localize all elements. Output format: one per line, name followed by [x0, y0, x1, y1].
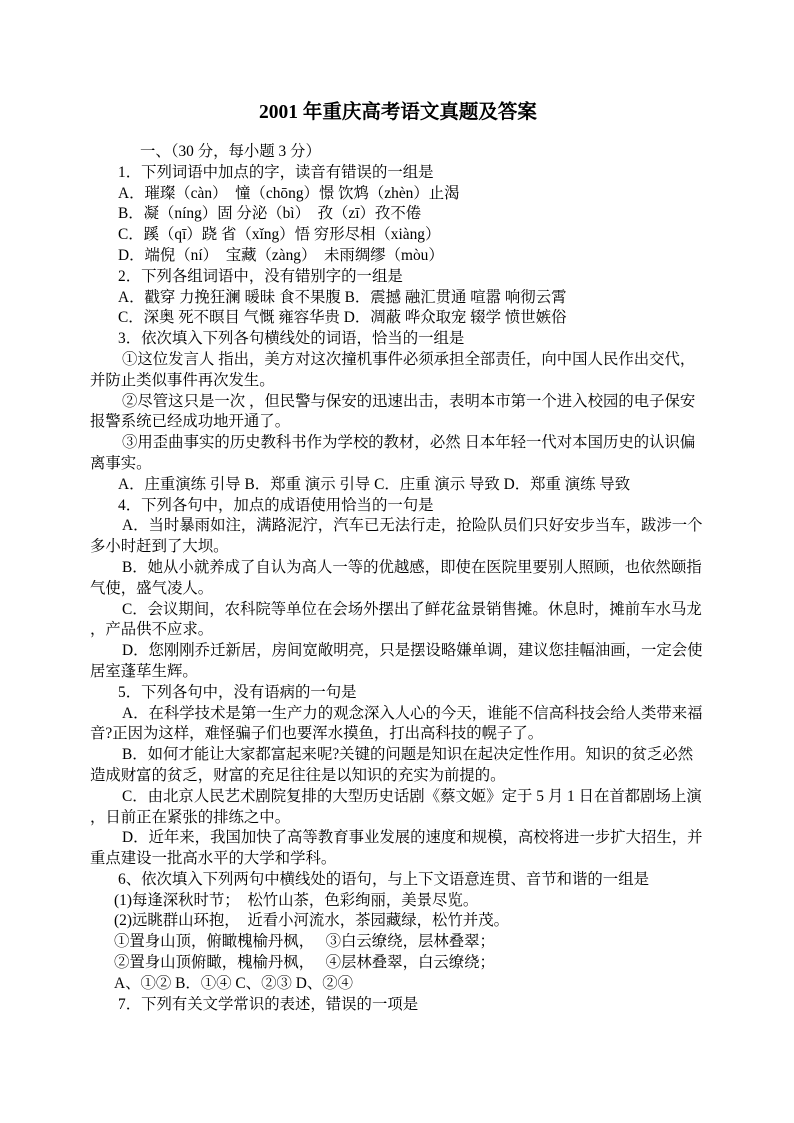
q3-options: A．庄重演练 引导 B．郑重 演示 引导 C．庄重 演示 导致 D．郑重 演练 … — [90, 475, 734, 496]
q4-option-d: D．您刚刚乔迁新居，房间宽敞明亮，只是摆设略嫌单调，建议您挂幅油画，一定会使居室… — [90, 641, 706, 683]
q5-option-d: D．近年来，我国加快了高等教育事业发展的速度和规模，高校将进一步扩大招生，并重点… — [90, 828, 706, 870]
document-page: { "page": { "background_color": "#ffffff… — [0, 0, 794, 1123]
q2-options-ab: A．戳穿 力挽狂澜 暖昧 食不果腹 B．震撼 融汇贯通 喧嚣 响彻云霄 — [90, 288, 734, 309]
exam-document: 2001 年重庆高考语文真题及答案 一、（30 分，每小题 3 分） 1．下列词… — [0, 0, 794, 1123]
q2-options-cd: C．深奥 死不暝目 气慨 雍容华贵 D．凋蔽 哗众取宠 辍学 愤世嫉俗 — [90, 308, 734, 329]
q3-sentence-3: ③用歪曲事实的历史教科书作为学校的教材，必然 日本年轻一代对本国历史的认识偏离事… — [90, 433, 706, 475]
q1-option-c: C．蹊（qī）跷 省（xǐng）悟 穷形尽相（xiàng） — [90, 225, 734, 246]
q3-sentence-2: ②尽管这只是一次 ，但民警与保安的迅速出击，表明本市第一个进入校园的电子保安报警… — [90, 392, 706, 434]
q1-option-a: A．璀璨（càn） 憧（chōng）憬 饮鸩（zhèn）止渴 — [90, 184, 734, 205]
q4-option-b: B．她从小就养成了自认为高人一等的优越感，即使在医院里要别人照顾，也依然颐指气使… — [90, 558, 706, 600]
q6-sentence-2: (2)远眺群山环抱， 近看小河流水，茶园藏绿，松竹并茂。 — [90, 911, 730, 932]
q4-option-a: A．当时暴雨如注，满路泥泞，汽车已无法行走，抢险队员们只好安步当车，跋涉一个多小… — [90, 516, 706, 558]
q5-option-a: A．在科学技术是第一生产力的观念深入人心的今天，谁能不信高科技会给人类带来福音?… — [90, 704, 706, 746]
q4-option-c: C．会议期间，农科院等单位在会场外摆出了鲜花盆景销售摊。休息时，摊前车水马龙，产… — [90, 600, 706, 642]
q1-option-d: D．端倪（ní） 宝藏（zàng） 未雨绸缪（mòu） — [90, 246, 734, 267]
q5-option-c: C．由北京人民艺术剧院复排的大型历史话剧《蔡文姬》定于 5 月 1 日在首都剧场… — [90, 787, 706, 829]
q2-stem: 2．下列各组词语中，没有错别字的一组是 — [90, 267, 734, 288]
q4-stem: 4．下列各句中，加点的成语使用恰当的一句是 — [90, 496, 734, 517]
q5-stem: 5．下列各句中，没有语病的一句是 — [90, 683, 734, 704]
q1-option-b: B．凝（níng）固 分泌（bì） 孜（zī）孜不倦 — [90, 204, 734, 225]
section-one-heading: 一、（30 分，每小题 3 分） — [90, 142, 756, 163]
q6-stem: 6、依次填入下列两句中横线处的语句，与上下文语意连贯、音节和谐的一组是 — [90, 870, 734, 891]
q1-stem: 1．下列词语中加点的字，读音有错误的一组是 — [90, 163, 734, 184]
q6-choices-2-4: ②置身山顶俯瞰，槐榆丹枫， ④层林叠翠，白云缭绕； — [90, 953, 730, 974]
q3-stem: 3．依次填入下列各句横线处的词语，恰当的一组是 — [90, 329, 734, 350]
exam-title: 2001 年重庆高考语文真题及答案 — [90, 101, 706, 125]
q7-stem: 7．下列有关文学常识的表述，错误的一项是 — [90, 995, 734, 1016]
q6-sentence-1: (1)每逢深秋时节； 松竹山茶，色彩绚丽，美景尽览。 — [90, 891, 730, 912]
q6-options: A、①② B．①④ C、②③ D、②④ — [90, 974, 730, 995]
q5-option-b: B．如何才能让大家都富起来呢?关键的问题是知识在起决定性作用。知识的贫乏必然造成… — [90, 745, 706, 787]
q3-sentence-1: ①这位发言人 指出，美方对这次撞机事件必须承担全部责任，向中国人民作出交代，并防… — [90, 350, 706, 392]
q6-choices-1-3: ①置身山顶，俯瞰槐榆丹枫， ③白云缭绕，层林叠翠； — [90, 932, 730, 953]
